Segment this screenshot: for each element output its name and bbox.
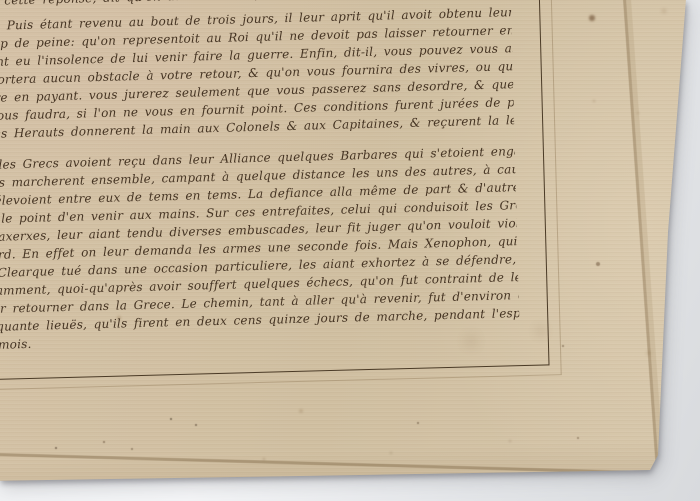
paragraph-1: e de cette reponse, dit qu'en attendant … [0, 0, 514, 143]
paragraph-2: me les Grecs avoient reçu dans leur Alli… [0, 142, 520, 354]
paper-shadow: e de cette reponse, dit qu'en attendant … [0, 0, 700, 501]
photo-backdrop: e de cette reponse, dit qu'en attendant … [0, 0, 700, 501]
text-frame-border: e de cette reponse, dit qu'en attendant … [0, 0, 550, 381]
paper-sheet: e de cette reponse, dit qu'en attendant … [0, 0, 700, 501]
document-text: e de cette reponse, dit qu'en attendant … [0, 0, 520, 355]
